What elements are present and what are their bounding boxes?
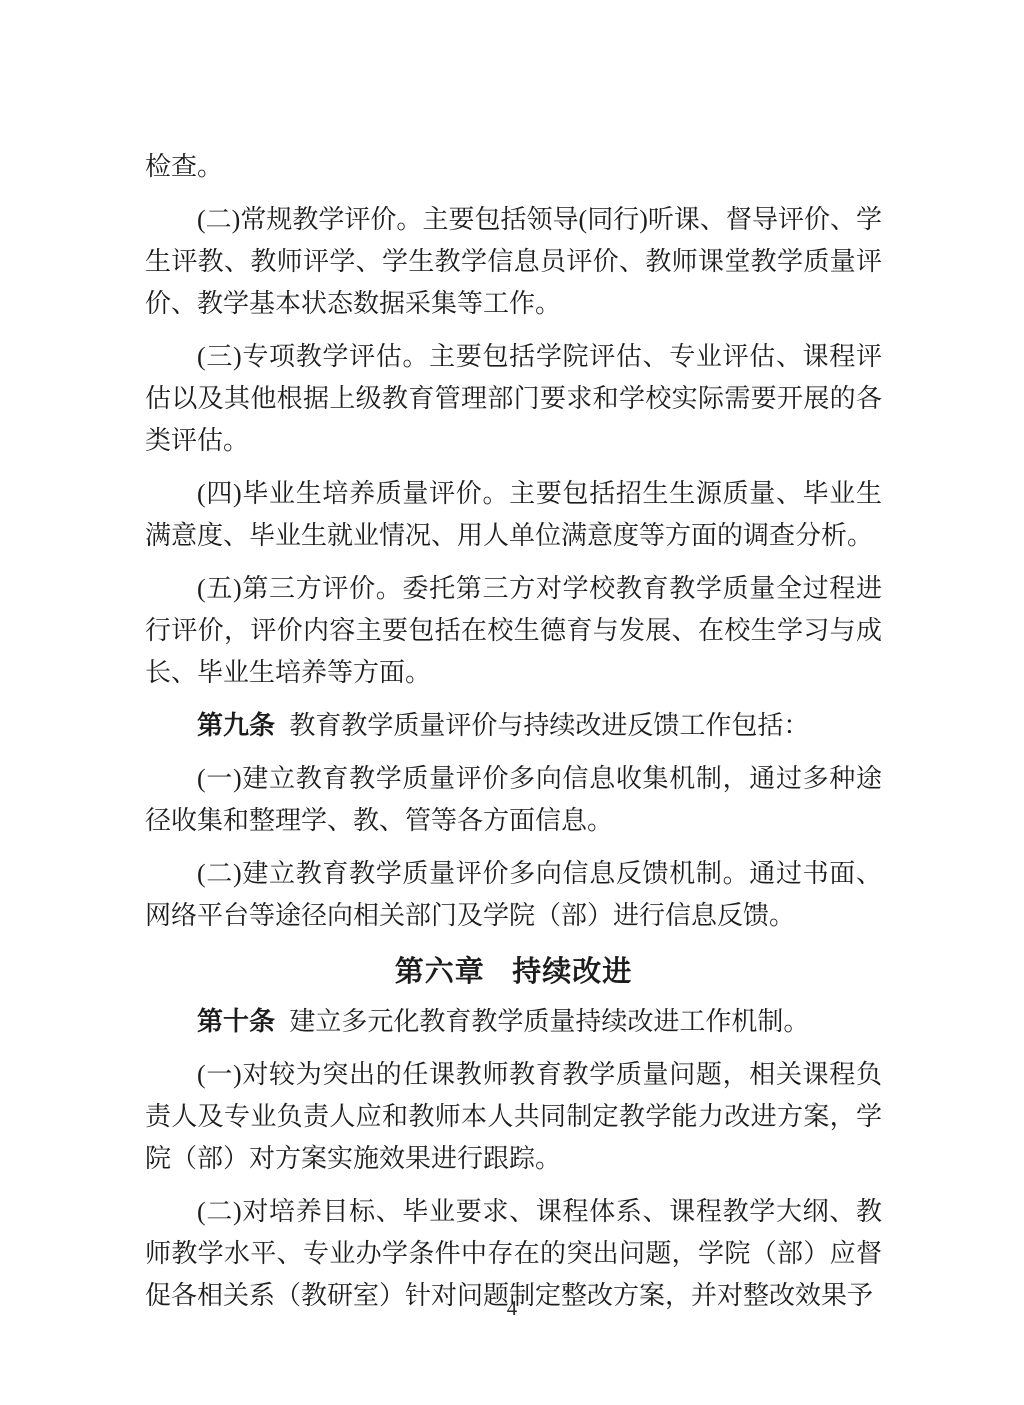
body-paragraph: (一)建立教育教学质量评价多向信息收集机制，通过多种途径收集和整理学、教、管等各… (145, 758, 882, 842)
document-page: 检查。 (二)常规教学评价。主要包括领导(同行)听课、督导评价、学生评教、教师评… (0, 0, 1024, 1405)
article-paragraph: 第十条建立多元化教育教学质量持续改进工作机制。 (145, 1001, 882, 1043)
continuation-line: 检查。 (145, 146, 882, 188)
document-body: 检查。 (二)常规教学评价。主要包括领导(同行)听课、督导评价、学生评教、教师评… (145, 146, 882, 1328)
page-number: 4 (0, 1296, 1024, 1321)
chapter-number: 第六章 (395, 956, 485, 988)
article-number: 第九条 (197, 711, 275, 740)
body-paragraph: (四)毕业生培养质量评价。主要包括招生生源质量、毕业生满意度、毕业生就业情况、用… (145, 473, 882, 557)
article-text: 教育教学质量评价与持续改进反馈工作包括： (289, 711, 809, 740)
body-paragraph: (三)专项教学评估。主要包括学院评估、专业评估、课程评估以及其他根据上级教育管理… (145, 336, 882, 462)
body-paragraph: (一)对较为突出的任课教师教育教学质量问题，相关课程负责人及专业负责人应和教师本… (145, 1054, 882, 1180)
article-paragraph: 第九条教育教学质量评价与持续改进反馈工作包括： (145, 705, 882, 747)
body-paragraph: (二)常规教学评价。主要包括领导(同行)听课、督导评价、学生评教、教师评学、学生… (145, 199, 882, 325)
article-text: 建立多元化教育教学质量持续改进工作机制。 (289, 1007, 809, 1036)
article-number: 第十条 (197, 1007, 275, 1036)
body-paragraph: (二)建立教育教学质量评价多向信息反馈机制。通过书面、网络平台等途径向相关部门及… (145, 853, 882, 937)
chapter-heading: 第六章持续改进 (145, 951, 882, 993)
body-paragraph: (五)第三方评价。委托第三方对学校教育教学质量全过程进行评价，评价内容主要包括在… (145, 568, 882, 694)
chapter-title: 持续改进 (512, 956, 632, 988)
